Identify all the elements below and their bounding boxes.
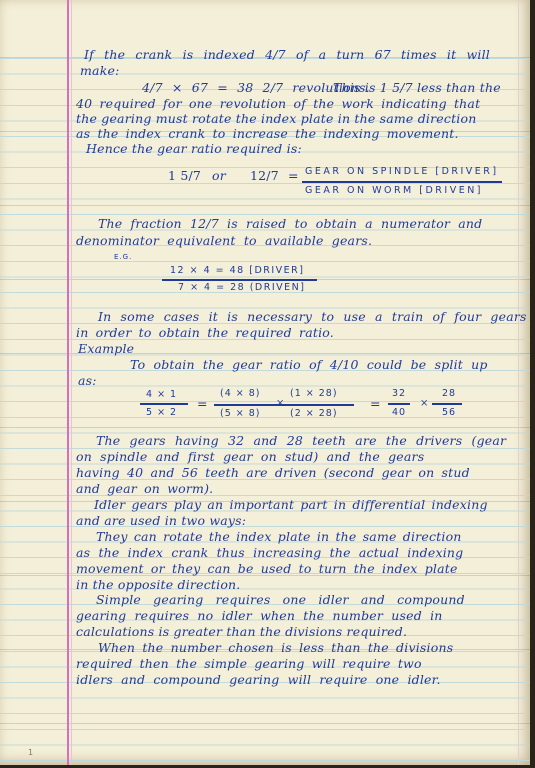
text-line: Idler gears play an important part in di…	[94, 497, 488, 513]
fraction-bar	[162, 279, 317, 281]
margin-line	[67, 0, 69, 765]
margin-line-secondary	[71, 0, 72, 765]
page-number: 1	[28, 748, 33, 757]
text-line: The gears having 32 and 28 teeth are the…	[96, 433, 506, 449]
times-sign: ×	[420, 396, 429, 412]
text-line: required then the simple gearing will re…	[76, 656, 422, 672]
text-line: When the number chosen is less than the …	[98, 640, 453, 656]
example-label: E.G.	[114, 253, 132, 261]
text-line: in the opposite direction.	[76, 577, 240, 593]
fraction-bar	[388, 403, 410, 405]
term1-numerator: 4 × 1	[146, 389, 177, 400]
notebook-page: If the crank is indexed 4/7 of a turn 67…	[0, 0, 530, 765]
times-sign: ×	[276, 396, 285, 412]
term4-numerator: 32	[392, 388, 406, 399]
text-line: and are used in two ways:	[76, 513, 246, 529]
text-line: on spindle and first gear on stud) and t…	[76, 449, 424, 465]
text-line: Hence the gear ratio required is:	[86, 141, 302, 157]
text-line: calculations is greater than the divisio…	[76, 624, 407, 640]
text-line: as the index crank thus increasing the a…	[76, 545, 463, 561]
text-line: make:	[80, 63, 120, 79]
text-line: denominator equivalent to available gear…	[76, 233, 372, 249]
text-line: idlers and compound gearing will require…	[76, 672, 441, 688]
text-line: Simple gearing requires one idler and co…	[96, 592, 465, 608]
ratio-or: or	[212, 168, 226, 184]
ratio-left-improper: 12/7	[250, 168, 279, 184]
text-line: as:	[78, 373, 97, 389]
text-line: having 40 and 56 teeth are driven (secon…	[76, 465, 470, 481]
equals-sign: =	[370, 396, 381, 412]
text-line: In some cases it is necessary to use a t…	[98, 309, 527, 325]
text-line: movement or they can be used to turn the…	[76, 561, 458, 577]
term5-numerator: 28	[442, 388, 456, 399]
text-line: as the index crank to increase the index…	[76, 126, 459, 142]
example-heading: Example	[78, 341, 134, 357]
text-line: the gearing must rotate the index plate …	[76, 111, 476, 127]
text-line: and gear on worm).	[76, 481, 213, 497]
term2-numerator: (4 × 8)	[220, 388, 261, 399]
example-denominator: 7 × 4 = 28 (DRIVEN]	[178, 282, 305, 293]
ratio-numerator: GEAR ON SPINDLE [DRIVER]	[305, 166, 499, 177]
text-line: To obtain the gear ratio of 4/10 could b…	[130, 357, 488, 373]
fraction-bar	[302, 181, 502, 183]
term5-denominator: 56	[442, 407, 456, 418]
fraction-bar	[140, 403, 188, 405]
example-numerator: 12 × 4 = 48 [DRIVER]	[170, 265, 304, 276]
text-line: The fraction 12/7 is raised to obtain a …	[98, 216, 482, 232]
term1-denominator: 5 × 2	[146, 407, 177, 418]
term3-denominator: (2 × 28)	[290, 408, 338, 419]
term3-numerator: (1 × 28)	[290, 388, 338, 399]
ratio-denominator: GEAR ON WORM [DRIVEN]	[305, 185, 483, 196]
term4-denominator: 40	[392, 407, 406, 418]
text-line: gearing requires no idler when the numbe…	[76, 608, 443, 624]
text-line: This is 1 5/7 less than the	[333, 80, 501, 96]
text-line: in order to obtain the required ratio.	[76, 325, 334, 341]
text-line: They can rotate the index plate in the s…	[96, 529, 462, 545]
fraction-bar	[432, 403, 462, 405]
right-margin-line	[518, 0, 519, 765]
text-line: If the crank is indexed 4/7 of a turn 67…	[84, 47, 490, 63]
ratio-equals: =	[288, 168, 299, 184]
term2-denominator: (5 × 8)	[220, 408, 261, 419]
text-line: 40 required for one revolution of the wo…	[76, 96, 480, 112]
ratio-left-mixed: 1 5/7	[168, 168, 201, 184]
equals-sign: =	[197, 396, 208, 412]
